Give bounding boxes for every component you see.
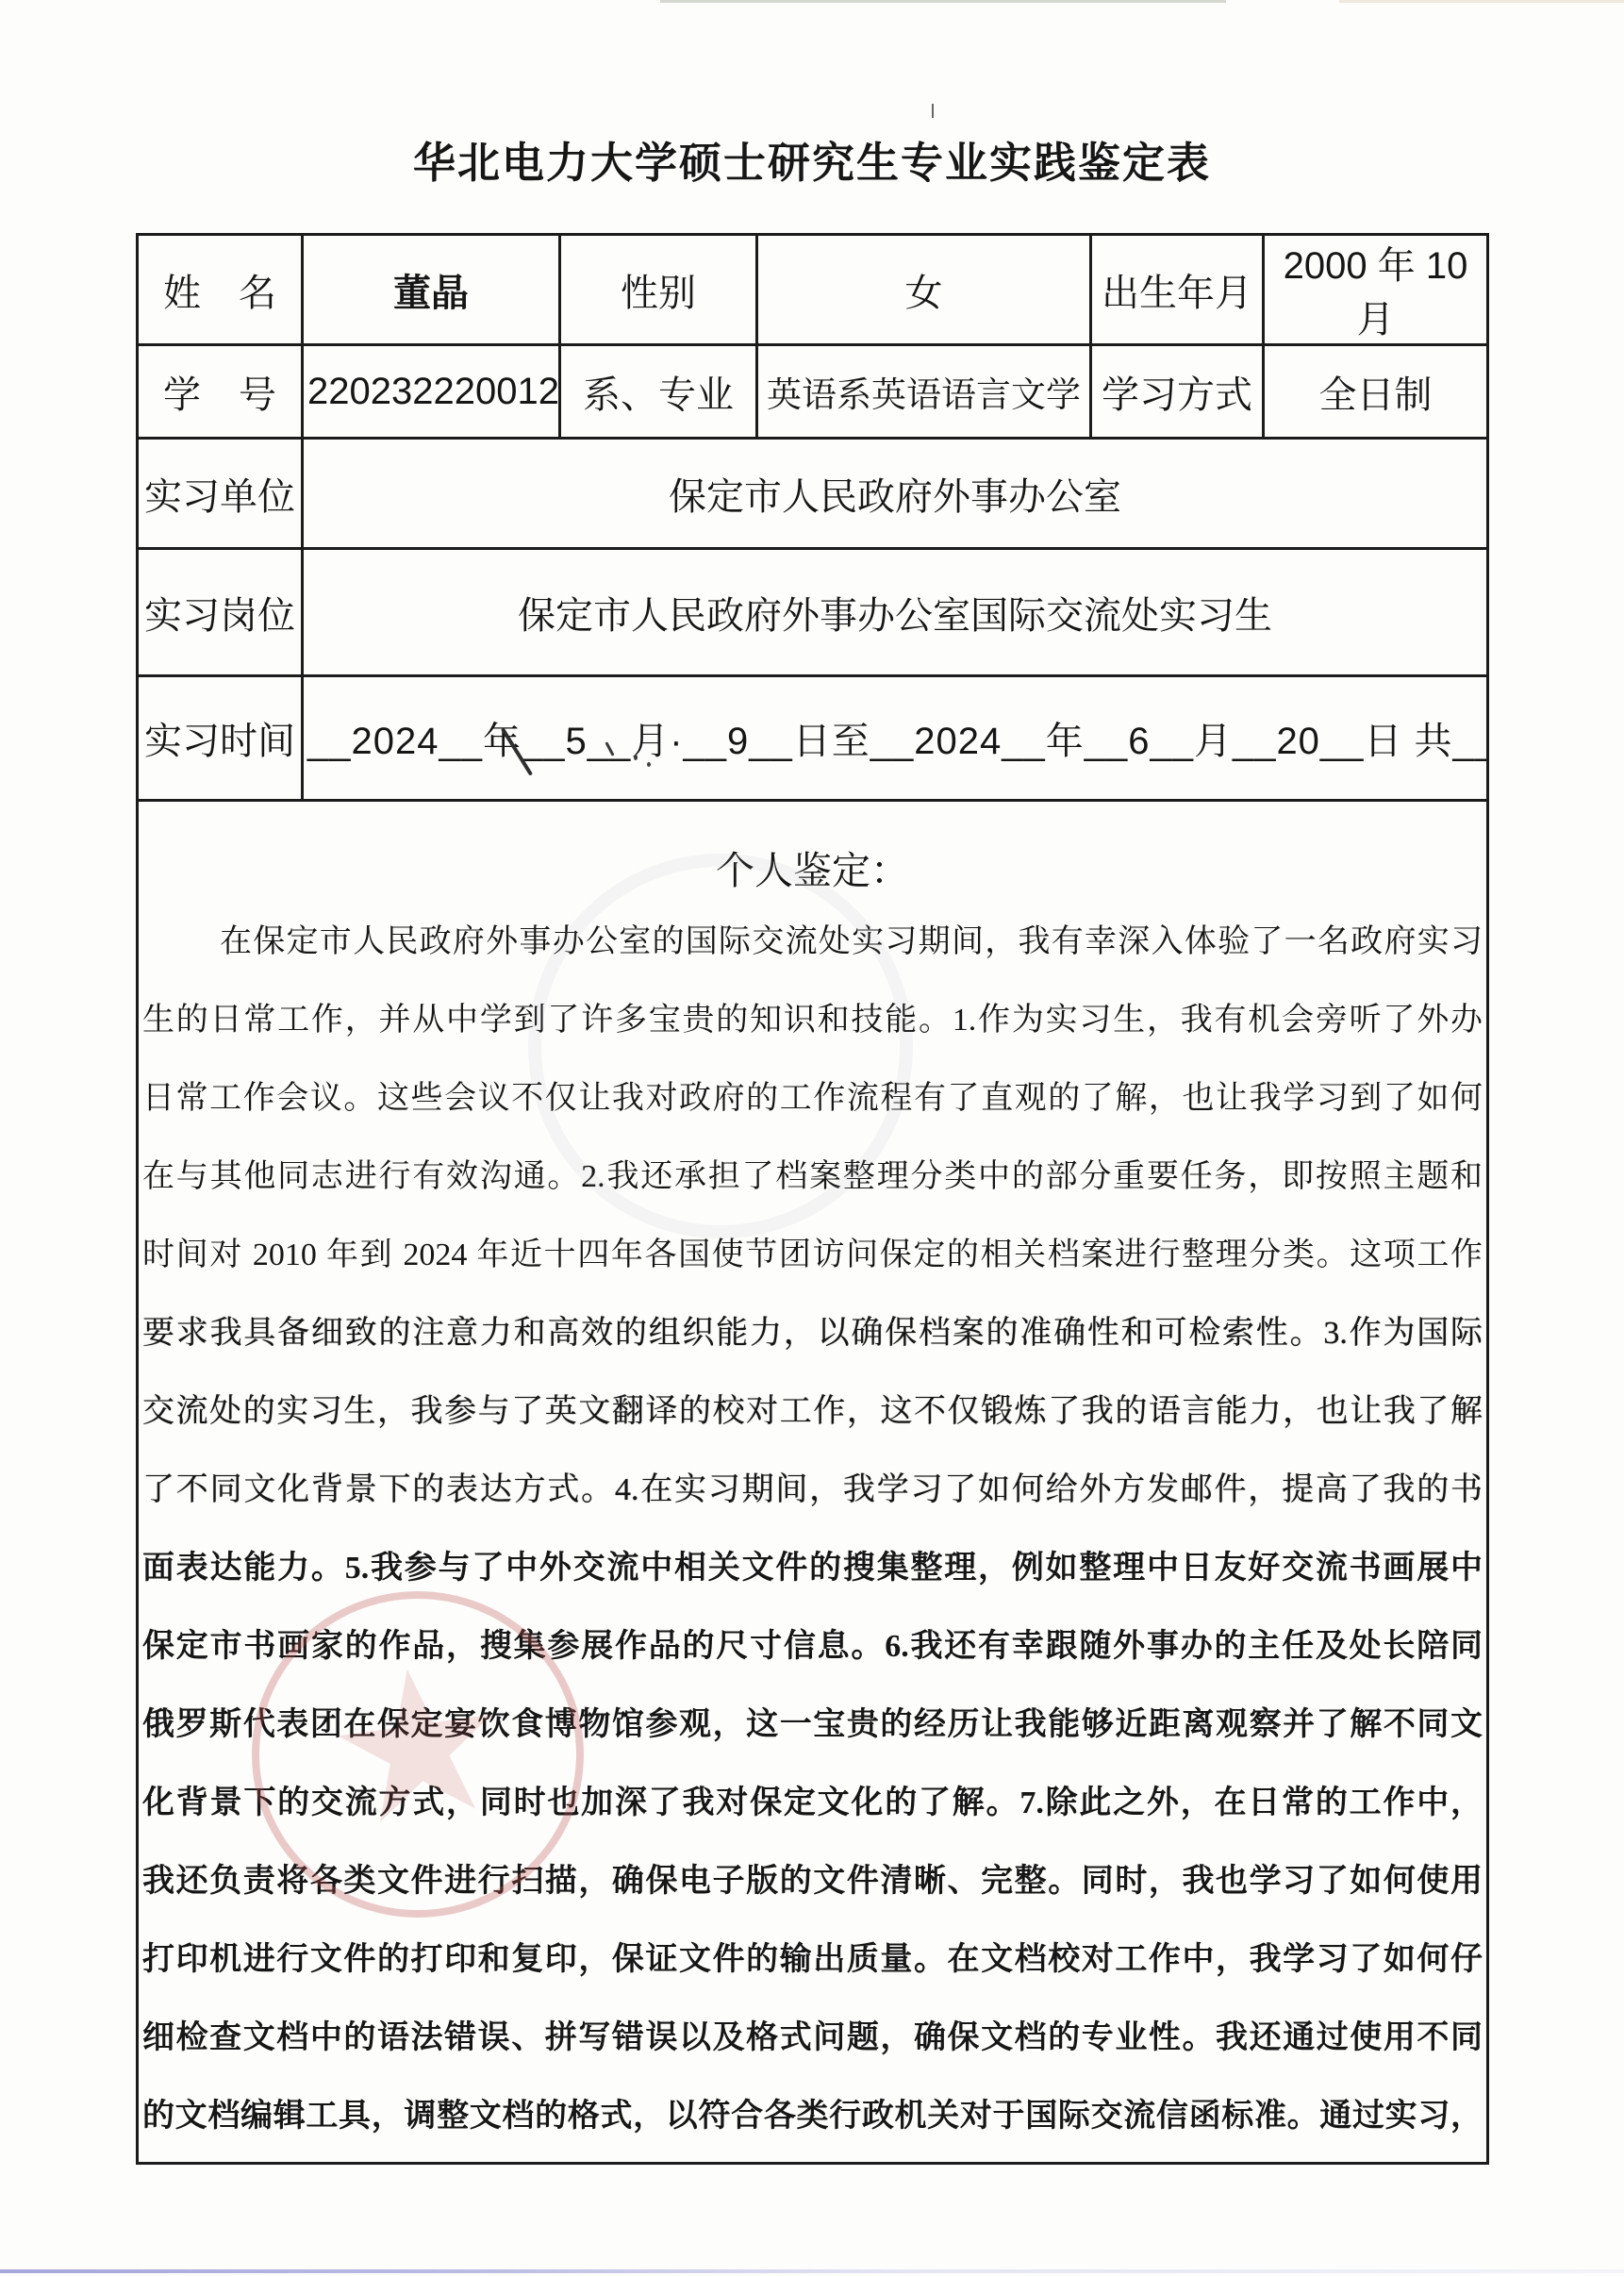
pen-stroke-artifact <box>647 762 651 767</box>
table-row: 实习岗位 保定市人民政府外事办公室国际交流处实习生 <box>138 549 1488 676</box>
personal-appraisal-text: 在保定市人民政府外事办公室的国际交流处实习期间，我有幸深入体验了一名政府实习生的… <box>142 903 1483 2155</box>
personal-appraisal-cell: 个人鉴定： 在保定市人民政府外事办公室的国际交流处实习期间，我有幸深入体验了一名… <box>138 801 1488 2164</box>
student-id-value: 220232220012 <box>303 345 560 439</box>
appraisal-form-table: 姓 名 董晶 性别 女 出生年月 2000 年 10 月 学 号 2202322… <box>136 233 1489 2165</box>
study-mode-label: 学习方式 <box>1091 345 1264 439</box>
table-row: 学 号 220232220012 系、专业 英语系英语语言文学 学习方式 全日制 <box>138 345 1488 439</box>
personal-appraisal-heading: 个人鉴定： <box>142 808 1483 894</box>
appraisal-line: 时间对 2010 年到 2024 年近十四年各国使节团访问保定的相关档案进行整理… <box>142 1216 1483 1294</box>
appraisal-line: 的文档编辑工具，调整文档的格式，以符合各类行政机关对于国际交流信函标准。通过实习… <box>142 2077 1483 2155</box>
appraisal-line: 细检查文档中的语法错误、拼写错误以及格式问题，确保文档的专业性。我还通过使用不同 <box>142 1999 1483 2077</box>
appraisal-line: 要求我具备细致的注意力和高效的组织能力，以确保档案的准确性和可检索性。3.作为国… <box>142 1294 1483 1372</box>
appraisal-line: 交流处的实习生，我参与了英文翻译的校对工作，这不仅锻炼了我的语言能力，也让我了解 <box>142 1372 1483 1451</box>
scan-artifact-top-strip <box>1339 0 1624 3</box>
major-value: 英语系英语语言文学 <box>757 345 1091 439</box>
appraisal-line: 在保定市人民政府外事办公室的国际交流处实习期间，我有幸深入体验了一名政府实习 <box>142 903 1483 981</box>
scan-artifact-bottom-strip <box>0 2269 1624 2273</box>
gender-value: 女 <box>757 235 1091 345</box>
page-title: 华北电力大学硕士研究生专业实践鉴定表 <box>0 138 1624 189</box>
appraisal-line: 生的日常工作，并从中学到了许多宝贵的知识和技能。1.作为实习生，我有机会旁听了外… <box>142 981 1483 1059</box>
major-label: 系、专业 <box>560 345 757 439</box>
appraisal-line: 日常工作会议。这些会议不仅让我对政府的工作流程有了直观的了解，也让我学习到了如何 <box>142 1059 1483 1138</box>
appraisal-line: 了不同文化背景下的表达方式。4.在实习期间，我学习了如何给外方发邮件，提高了我的… <box>142 1451 1483 1529</box>
birth-date-label: 出生年月 <box>1091 235 1264 345</box>
scan-artifact-tick <box>932 104 934 118</box>
gender-label: 性别 <box>560 235 757 345</box>
appraisal-line: 保定市书画家的作品，搜集参展作品的尺寸信息。6.我还有幸跟随外事办的主任及处长陪… <box>142 1607 1483 1686</box>
internship-time-value: __2024__年__5__月·__9__日至__2024__年__6__月__… <box>303 676 1488 801</box>
appraisal-line: 面表达能力。5.我参与了中外交流中相关文件的搜集整理，例如整理中日友好交流书画展… <box>142 1529 1483 1607</box>
table-row: 个人鉴定： 在保定市人民政府外事办公室的国际交流处实习期间，我有幸深入体验了一名… <box>138 801 1488 2164</box>
appraisal-line: 我还负责将各类文件进行扫描，确保电子版的文件清晰、完整。同时，我也学习了如何使用 <box>142 1842 1483 1920</box>
table-row: 实习单位 保定市人民政府外事办公室 <box>138 439 1488 549</box>
appraisal-line: 俄罗斯代表团在保定宴饮食博物馆参观，这一宝贵的经历让我能够近距离观察并了解不同文 <box>142 1686 1483 1764</box>
scanned-form-page: 华北电力大学硕士研究生专业实践鉴定表 姓 名 董晶 性别 女 出生年月 2000… <box>0 0 1624 2276</box>
appraisal-line: 打印机进行文件的打印和复印，保证文件的输出质量。在文档校对工作中，我学习了如何仔 <box>142 1920 1483 1999</box>
study-mode-value: 全日制 <box>1264 345 1488 439</box>
table-row: 姓 名 董晶 性别 女 出生年月 2000 年 10 月 <box>138 235 1488 345</box>
appraisal-line: 在与其他同志进行有效沟通。2.我还承担了档案整理分类中的部分重要任务，即按照主题… <box>142 1138 1483 1216</box>
name-label: 姓 名 <box>138 235 303 345</box>
internship-unit-value: 保定市人民政府外事办公室 <box>303 439 1488 549</box>
pen-stroke-artifact <box>634 755 638 760</box>
student-id-label: 学 号 <box>138 345 303 439</box>
appraisal-line: 化背景下的交流方式，同时也加深了我对保定文化的了解。7.除此之外，在日常的工作中… <box>142 1764 1483 1842</box>
internship-position-label: 实习岗位 <box>138 549 303 676</box>
name-value: 董晶 <box>303 235 560 345</box>
internship-position-value: 保定市人民政府外事办公室国际交流处实习生 <box>303 549 1488 676</box>
birth-date-value: 2000 年 10 月 <box>1264 235 1488 345</box>
table-row: 实习时间 __2024__年__5__月·__9__日至__2024__年__6… <box>138 676 1488 801</box>
internship-unit-label: 实习单位 <box>138 439 303 549</box>
scan-artifact-top-strip <box>660 0 1226 3</box>
internship-time-label: 实习时间 <box>138 676 303 801</box>
